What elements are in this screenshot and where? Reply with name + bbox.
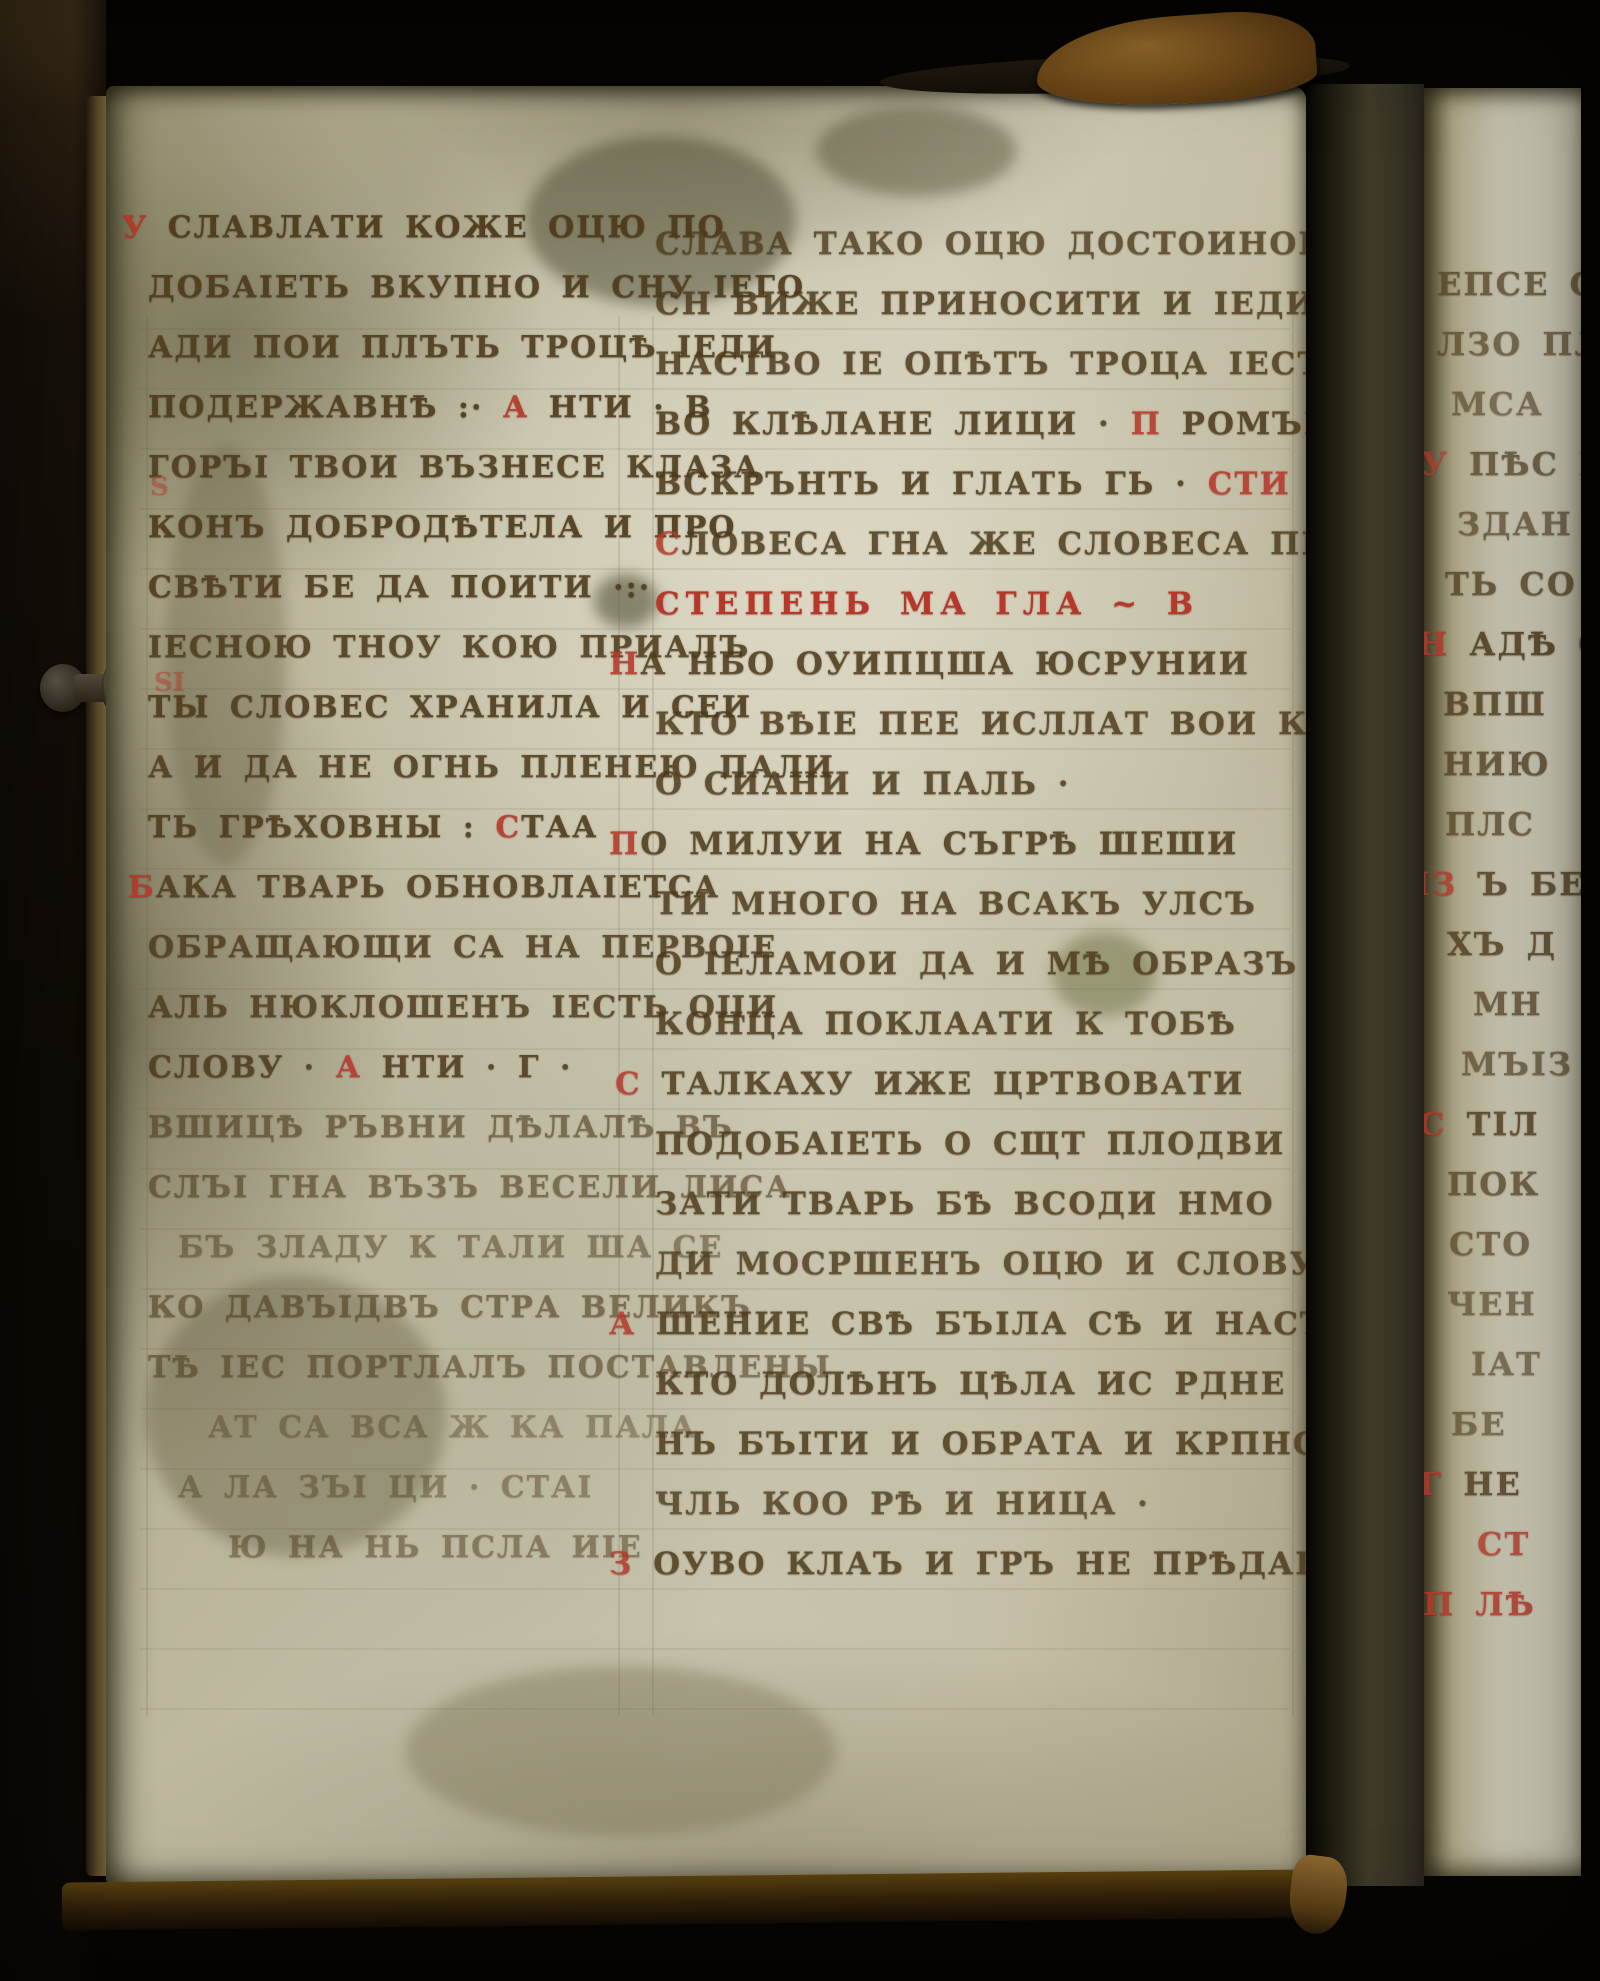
ink-text: ПОДЕРЖАВНѢ :·: [148, 390, 483, 425]
ink-text: ПОК: [1447, 1165, 1540, 1203]
ink-text: СЛОВУ ·: [148, 1050, 316, 1085]
rubric-text: С: [1424, 1105, 1467, 1143]
ink-text: ВСКРЪНТЬ И ГЛАТЬ ГЬ ·: [655, 466, 1188, 502]
ink-text: ЕПСЕ СВО: [1437, 265, 1581, 303]
rubric-text: Н: [609, 646, 640, 682]
left-page: У СЛАВЛАТИ КОЖЕ ОЦЮ ПОДОБАІЕТЬ ВКУПНО И …: [106, 86, 1306, 1886]
manuscript-line: Г НЕ: [1424, 1454, 1581, 1514]
manuscript-line: ХЪ Д: [1447, 914, 1581, 974]
ink-text: КТО ДОЛѢНЪ ЦѢЛА ИС РДНЕ: [655, 1366, 1286, 1402]
manuscript-line: ПЛС: [1445, 794, 1581, 854]
ink-text: ВШИЦѢ РЪВНИ ДѢЛАЛѢ ВЪ: [148, 1110, 734, 1145]
ink-text: ПОДОБАІЕТЬ О СЩТ ПЛОДВИ: [655, 1126, 1285, 1162]
manuscript-line: О ІЕЛАМОИ ДА И МѢ ОБРАЗЪ ПРИ: [655, 934, 1306, 994]
margin-mark: Ѕ: [150, 472, 169, 502]
ink-text: СЛАВЛАТИ КОЖЕ ОЦЮ ПО: [168, 210, 726, 245]
manuscript-line: Н АДѢ О: [1424, 614, 1581, 674]
ink-text: СЛАВА ТАКО ОЦЮ ДОСТОИНОИ: [655, 226, 1306, 262]
ink-text: НЪ БЪІТИ И ОБРАТА И КРПНОИ: [655, 1426, 1306, 1462]
parchment-stain: [406, 1666, 836, 1836]
ink-text: ЗАТИ ТВАРЬ БѢ ВСОДИ НМО: [655, 1186, 1275, 1222]
ink-text: ТЬ ГРѢХОВНЫ :: [148, 810, 476, 845]
rubric-text: СТ: [1477, 1525, 1530, 1563]
manuscript-line: ТЬ СО: [1445, 554, 1581, 614]
rubric-text: СТЕПЕНЬ МА ГЛА ~ В: [655, 586, 1199, 622]
manuscript-line: ДИ МОСРШЕНЪ ОЦЮ И СЛОВУ: [655, 1234, 1306, 1294]
manuscript-line: МН: [1473, 974, 1581, 1034]
manuscript-line: П ЛѢ: [1424, 1574, 1581, 1634]
manuscript-line: ПОДОБАІЕТЬ О СЩТ ПЛОДВИ: [655, 1114, 1306, 1174]
ink-text: ПѢС Н: [1469, 445, 1581, 483]
ink-text: РОМЪІНХ: [1182, 406, 1306, 442]
manuscript-line: О СИАНИ И ПАЛЬ ·: [655, 754, 1306, 814]
manuscript-line: КОНЦА ПОКЛААТИ К ТОБѢ: [655, 994, 1306, 1054]
manuscript-line: СТ: [1477, 1514, 1581, 1574]
rubric-text: С: [655, 526, 682, 562]
book-gutter-fold: [1306, 84, 1424, 1886]
rubric-text: Б: [128, 870, 156, 905]
ink-text: О ІЕЛАМОИ ДА И МѢ ОБРАЗЪ ПРИ: [655, 946, 1306, 982]
ink-text: ТИ МНОГО НА ВСАКЪ УЛСЪ: [655, 886, 1257, 922]
middle-text-column: СЛАВА ТАКО ОЦЮ ДОСТОИНОИСН ВИЖЕ ПРИНОСИТ…: [655, 214, 1306, 1594]
ink-text: СТО: [1449, 1225, 1532, 1263]
rubric-text: У: [1424, 445, 1469, 483]
ink-text: АДѢ О: [1469, 625, 1581, 663]
ink-text: ВПШ: [1443, 685, 1547, 723]
rubric-text: А: [609, 1306, 656, 1342]
manuscript-line: СТЕПЕНЬ МА ГЛА ~ В: [655, 574, 1306, 634]
ink-text: КТО ВѢІЕ ПЕЕ ИСЛЛАТ ВОИ КЛ: [655, 706, 1306, 742]
manuscript-line: ЗАТИ ТВАРЬ БѢ ВСОДИ НМО: [655, 1174, 1306, 1234]
manuscript-line: У ПѢС Н: [1424, 434, 1581, 494]
ink-text: НТИ · Г ·: [381, 1050, 572, 1085]
ink-text: А НБО ОУИПЦША ЮСРУНИИ: [640, 646, 1250, 682]
manuscript-line: МСА: [1451, 374, 1581, 434]
ink-text: ШЕНИЕ СВѢ БЪІЛА СѢ И НАСЪ И: [656, 1306, 1306, 1342]
manuscript-line: ВСКРЪНТЬ И ГЛАТЬ ГЬ · СТИ: [655, 454, 1306, 514]
facing-text-column: ЕПСЕ СВОЛЗО ПЛМСАУ ПѢС НЗДАНТЬ СОН АДѢ О…: [1437, 254, 1581, 1634]
manuscript-line: С ТІЛ: [1424, 1094, 1581, 1154]
ink-text: НИЮ: [1443, 745, 1551, 783]
ink-text: ЗДАН: [1457, 505, 1573, 543]
manuscript-line: ЗДАН: [1457, 494, 1581, 554]
manuscript-line: СТО: [1449, 1214, 1581, 1274]
ink-text: ТІЛ: [1467, 1105, 1540, 1143]
manuscript-line: ПОК: [1447, 1154, 1581, 1214]
manuscript-line: ЛЗО ПЛ: [1437, 314, 1581, 374]
rubric-text: СТИ: [1188, 466, 1291, 502]
ink-text: НЕ: [1463, 1465, 1522, 1503]
manuscript-line: КТО ДОЛѢНЪ ЦѢЛА ИС РДНЕ: [655, 1354, 1306, 1414]
rubric-text: С: [615, 1066, 661, 1102]
ink-text: НАСТВО ІЕ ОПѢТЪ ТРОЦА ІЕСТ ВѢСТ: [655, 346, 1306, 382]
ink-text: ІАТ: [1471, 1345, 1542, 1383]
manuscript-line: ЕПСЕ СВО: [1437, 254, 1581, 314]
ink-text: Ю НА НЬ ПСЛА ИІЕ: [228, 1530, 643, 1565]
ink-text: ТЬ СО: [1445, 565, 1577, 603]
ink-text: КОНЪ ДОБРОДѢТЕЛА И ПРО: [148, 510, 737, 545]
ink-text: ОУВО КЛАЪ И ГРЪ НЕ ПРѢДАНИІЕ: [653, 1546, 1306, 1582]
ink-text: ЛОВЕСА ГНА ЖЕ СЛОВЕСА ПРУТА: [682, 526, 1306, 562]
ink-text: ЧЕН: [1447, 1285, 1537, 1323]
ink-text: ДИ МОСРШЕНЪ ОЦЮ И СЛОВУ: [655, 1246, 1306, 1282]
rubric-text: ІЗ: [1424, 865, 1477, 903]
ink-text: О СИАНИ И ПАЛЬ ·: [655, 766, 1071, 802]
manuscript-line: БЕ: [1451, 1394, 1581, 1454]
torn-bottom-tab: [1285, 1853, 1350, 1937]
manuscript-line: ЧЕН: [1447, 1274, 1581, 1334]
manuscript-line: СЛАВА ТАКО ОЦЮ ДОСТОИНОИ: [655, 214, 1306, 274]
ink-text: АТ СА ВСА Ж КА ПАЛА: [208, 1410, 697, 1445]
ink-text: БЕ: [1451, 1405, 1507, 1443]
ink-text: КОНЦА ПОКЛААТИ К ТОБѢ: [655, 1006, 1237, 1042]
rubric-text: Н: [1424, 625, 1469, 663]
manuscript-line: С ТАЛКАХУ ИЖЕ ЦРТВОВАТИ: [615, 1054, 1306, 1114]
ink-text: АКА ТВАРЬ ОБНОВЛАІЕТСА: [156, 870, 721, 905]
ink-text: ВО КЛѢЛАНЕ ЛИЦИ ·: [655, 406, 1111, 442]
ink-text: БЪ ЗЛАДУ К ТАЛИ ША СЕ: [178, 1230, 723, 1265]
manuscript-line: ТИ МНОГО НА ВСАКЪ УЛСЪ: [655, 874, 1306, 934]
ink-text: МСА: [1451, 385, 1544, 423]
ink-text: О МИЛУИ НА СЪГРѢ ШЕШИ: [640, 826, 1238, 862]
manuscript-line: А ШЕНИЕ СВѢ БЪІЛА СѢ И НАСЪ И: [609, 1294, 1306, 1354]
ink-text: МЪІЗ: [1461, 1045, 1573, 1083]
manuscript-photo: У СЛАВЛАТИ КОЖЕ ОЦЮ ПОДОБАІЕТЬ ВКУПНО И …: [0, 0, 1600, 1981]
manuscript-line: МЪІЗ: [1461, 1034, 1581, 1094]
parchment-stain: [816, 106, 1016, 196]
ink-text: ЛЗО ПЛ: [1437, 325, 1581, 363]
manuscript-line: ВПШ: [1443, 674, 1581, 734]
rubric-text: А: [483, 390, 548, 425]
ink-text: А ЛА ЗЪІ ЦИ · СТАІ: [178, 1470, 593, 1505]
ink-text: ТАЛКАХУ ИЖЕ ЦРТВОВАТИ: [661, 1066, 1244, 1102]
manuscript-line: НИЮ: [1443, 734, 1581, 794]
rubric-text: У: [122, 210, 168, 245]
rubric-text: П: [609, 826, 640, 862]
rubric-text: П ЛѢ: [1424, 1585, 1536, 1623]
manuscript-line: ІЗ Ъ БЕЗ: [1424, 854, 1581, 914]
manuscript-line: НА НБО ОУИПЦША ЮСРУНИИ: [609, 634, 1306, 694]
manuscript-line: ЧЛЬ КОО РѢ И НИЦА ·: [655, 1474, 1306, 1534]
rubric-text: А: [316, 1050, 381, 1085]
manuscript-line: ІАТ: [1471, 1334, 1581, 1394]
manuscript-line: НАСТВО ІЕ ОПѢТЪ ТРОЦА ІЕСТ ВѢСТ: [655, 334, 1306, 394]
manuscript-line: СН ВИЖЕ ПРИНОСИТИ И ІЕДИ: [655, 274, 1306, 334]
rubric-text: П: [1111, 406, 1182, 442]
rubric-text: С: [476, 810, 521, 845]
ink-text: Ъ БЕЗ: [1477, 865, 1581, 903]
ink-text: ПЛС: [1445, 805, 1535, 843]
manuscript-line: КТО ВѢІЕ ПЕЕ ИСЛЛАТ ВОИ КЛ: [655, 694, 1306, 754]
rubric-text: Г: [1424, 1465, 1463, 1503]
manuscript-line: СЛОВЕСА ГНА ЖЕ СЛОВЕСА ПРУТА: [655, 514, 1306, 574]
margin-mark: ЅІ: [154, 668, 185, 698]
rubric-text: З: [609, 1546, 653, 1582]
ink-text: ТАА: [521, 810, 598, 845]
ink-text: СН ВИЖЕ ПРИНОСИТИ И ІЕДИ: [655, 286, 1306, 322]
manuscript-line: НЪ БЪІТИ И ОБРАТА И КРПНОИ: [655, 1414, 1306, 1474]
ink-text: ХЪ Д: [1447, 925, 1557, 963]
ink-text: МН: [1473, 985, 1543, 1023]
manuscript-line: З ОУВО КЛАЪ И ГРЪ НЕ ПРѢДАНИІЕ: [609, 1534, 1306, 1594]
page-stack-edge: [86, 96, 108, 1876]
ink-text: ЧЛЬ КОО РѢ И НИЦА ·: [655, 1486, 1150, 1522]
facing-page-edge: ЕПСЕ СВОЛЗО ПЛМСАУ ПѢС НЗДАНТЬ СОН АДѢ О…: [1424, 88, 1581, 1876]
manuscript-line: ВО КЛѢЛАНЕ ЛИЦИ · П РОМЪІНХ: [655, 394, 1306, 454]
manuscript-line: ПО МИЛУИ НА СЪГРѢ ШЕШИ: [609, 814, 1306, 874]
ink-text: СВѢТИ БЕ ДА ПОИТИ ·:·: [148, 570, 651, 605]
